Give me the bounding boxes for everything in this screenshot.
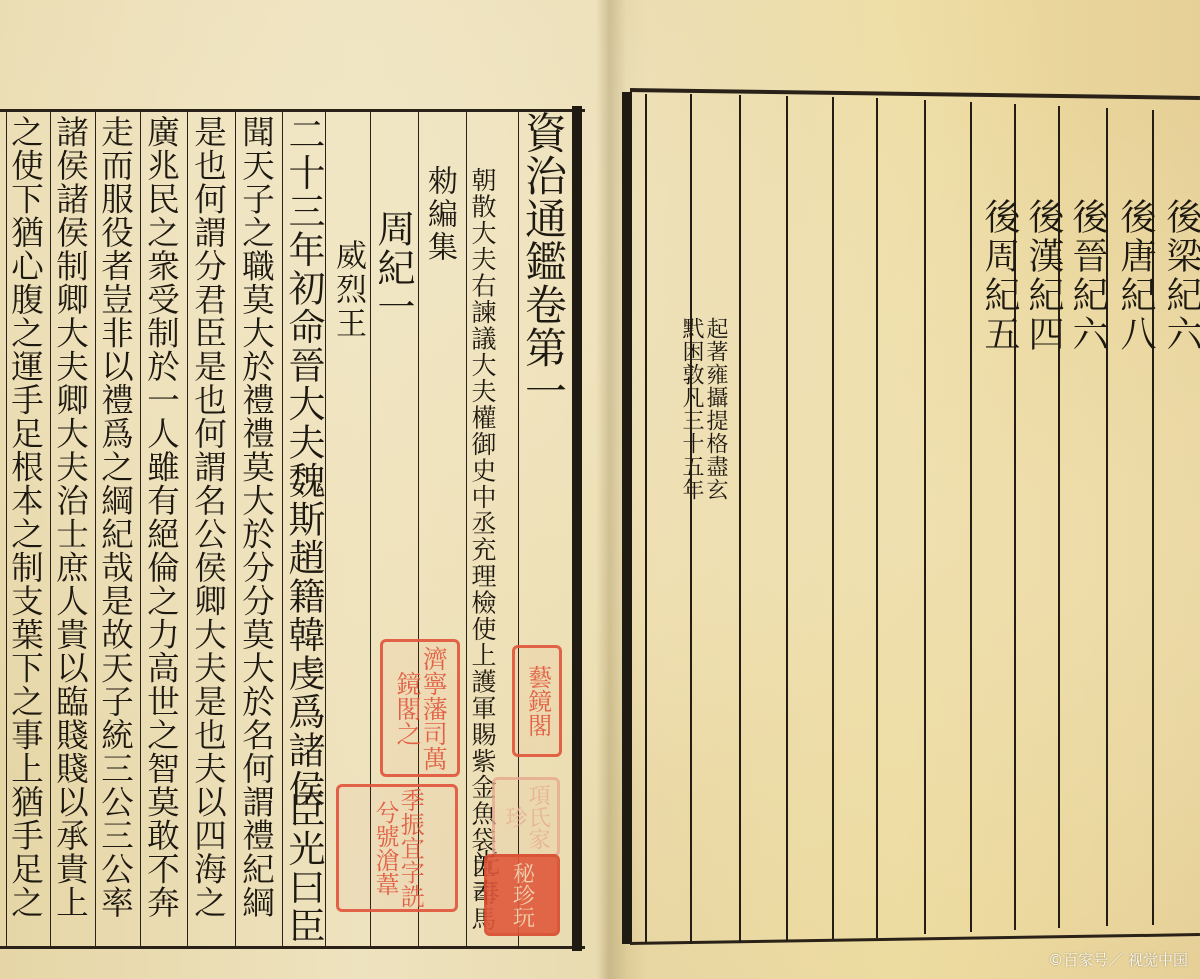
toc-entry: 後晉紀六 — [1062, 198, 1113, 354]
column-rule — [832, 97, 834, 939]
body-column: 諸侯諸侯制卿大夫卿大夫治士庶人貴以臨賤賤以承貴上 — [54, 115, 87, 919]
column-rule — [690, 94, 692, 944]
toc-entry: 後梁紀六 — [1156, 198, 1200, 354]
toc-entry: 後漢紀四 — [1018, 198, 1069, 354]
reign-heading: 威烈王 — [332, 239, 363, 341]
red-seal-stamp: 藝鏡閣 — [512, 645, 562, 757]
red-seal-stamp: 季振宜字詵兮號滄葦 — [336, 784, 458, 912]
chapter-heading: 周紀一 — [374, 209, 412, 326]
column-rule — [645, 94, 647, 944]
right-page-table-of-contents: 後梁紀六 後唐紀八 後晉紀六 後漢紀四 後周紀五 — [622, 88, 1200, 958]
body-column-minister-says: 臣光曰臣 — [285, 791, 322, 945]
toc-entry: 後周紀五 — [974, 198, 1025, 354]
copyright-watermark: ©百家号／ 视觉中国 — [1048, 949, 1188, 970]
frame-border-bottom — [630, 933, 1200, 945]
body-column: 聞天子之職莫大於禮禮莫大於分分莫大於名何謂禮紀綱 — [240, 115, 273, 919]
frame-border-top — [630, 88, 1200, 100]
faint-seal-stamp: 項氏家珍 — [492, 777, 560, 857]
column-rule — [876, 98, 878, 938]
red-seal-stamp: 濟寧藩司萬鏡閣之 — [380, 639, 460, 777]
body-column: 之使下猶心腹之運手足根本之制支葉下之事上猶手足之 — [9, 115, 42, 919]
body-column: 走而服役者豈非以禮爲之綱紀哉是故天子統三公三公率 — [99, 115, 132, 919]
body-column: 二十三年初命晉大夫魏斯趙籍韓虔爲諸侯 — [285, 115, 322, 808]
frame-border-bottom — [0, 946, 585, 949]
column-rule — [970, 102, 972, 932]
frame-border-left — [622, 92, 632, 944]
column-rule — [786, 96, 788, 941]
frame-border-right — [572, 106, 582, 951]
column-rule — [924, 100, 926, 934]
left-page: 資治通鑑卷第一 朝散大夫右諫議大夫權御史中丞充理檢使上護軍賜紫金魚袋臣司馬 光奉… — [0, 109, 600, 953]
solid-seal-stamp: 秘珍玩 — [484, 854, 560, 936]
imperial-commission: 勑編集 — [424, 165, 454, 264]
body-column: 是也何謂分君臣是也何謂名公侯卿大夫是也夫以四海之 — [192, 115, 225, 919]
toc-entry: 後唐紀八 — [1110, 198, 1161, 354]
column-rule — [739, 95, 741, 943]
body-column: 廣兆民之衆受制於一人雖有絕倫之力高世之智莫敢不奔 — [145, 115, 178, 919]
book-spread: 資治通鑑卷第一 朝散大夫右諫議大夫權御史中丞充理檢使上護軍賜紫金魚袋臣司馬 光奉… — [0, 0, 1200, 979]
